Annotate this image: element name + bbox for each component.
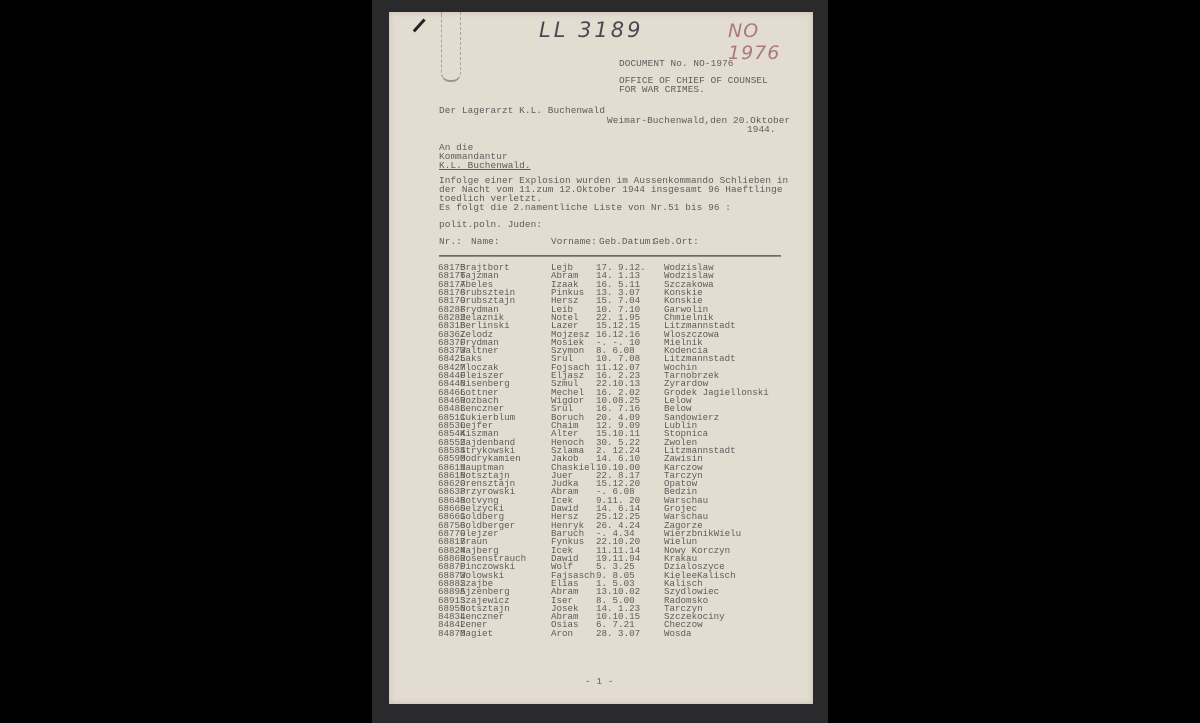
header-divider: [439, 255, 781, 257]
column-header-nr: Nr.:: [439, 237, 462, 246]
page-number: - 1 -: [585, 677, 614, 686]
first-name: Aron: [551, 630, 573, 638]
surname: Magiet: [460, 630, 493, 638]
recipient-line-3: K.L. Buchenwald.: [439, 161, 531, 170]
column-header-datum: Geb.Datum:: [599, 237, 656, 246]
column-header-ort: Geb.Ort:: [653, 237, 699, 246]
body-line-4: Es folgt die 2.namentliche Liste von Nr.…: [439, 203, 731, 212]
paperclip-mark: [441, 12, 461, 82]
column-header-vorname: Vorname:: [551, 237, 597, 246]
category-label: polit.poln. Juden:: [439, 220, 542, 229]
handwritten-reference: LL 3189: [539, 18, 644, 42]
place-date-year: 1944.: [747, 125, 776, 134]
handwritten-document-number: NO 1976: [728, 20, 813, 64]
document-number: DOCUMENT No. NO-1976: [619, 59, 734, 68]
sender: Der Lagerarzt K.L. Buchenwald: [439, 106, 605, 115]
birth-place: Wosda: [664, 630, 692, 638]
document-page: LL 3189 NO 1976 DOCUMENT No. NO-1976 OFF…: [389, 12, 813, 704]
pencil-mark: [413, 18, 426, 32]
birth-date: 28. 3.07: [596, 630, 640, 638]
office-line-2: FOR WAR CRIMES.: [619, 85, 705, 94]
column-header-name: Name:: [471, 237, 500, 246]
